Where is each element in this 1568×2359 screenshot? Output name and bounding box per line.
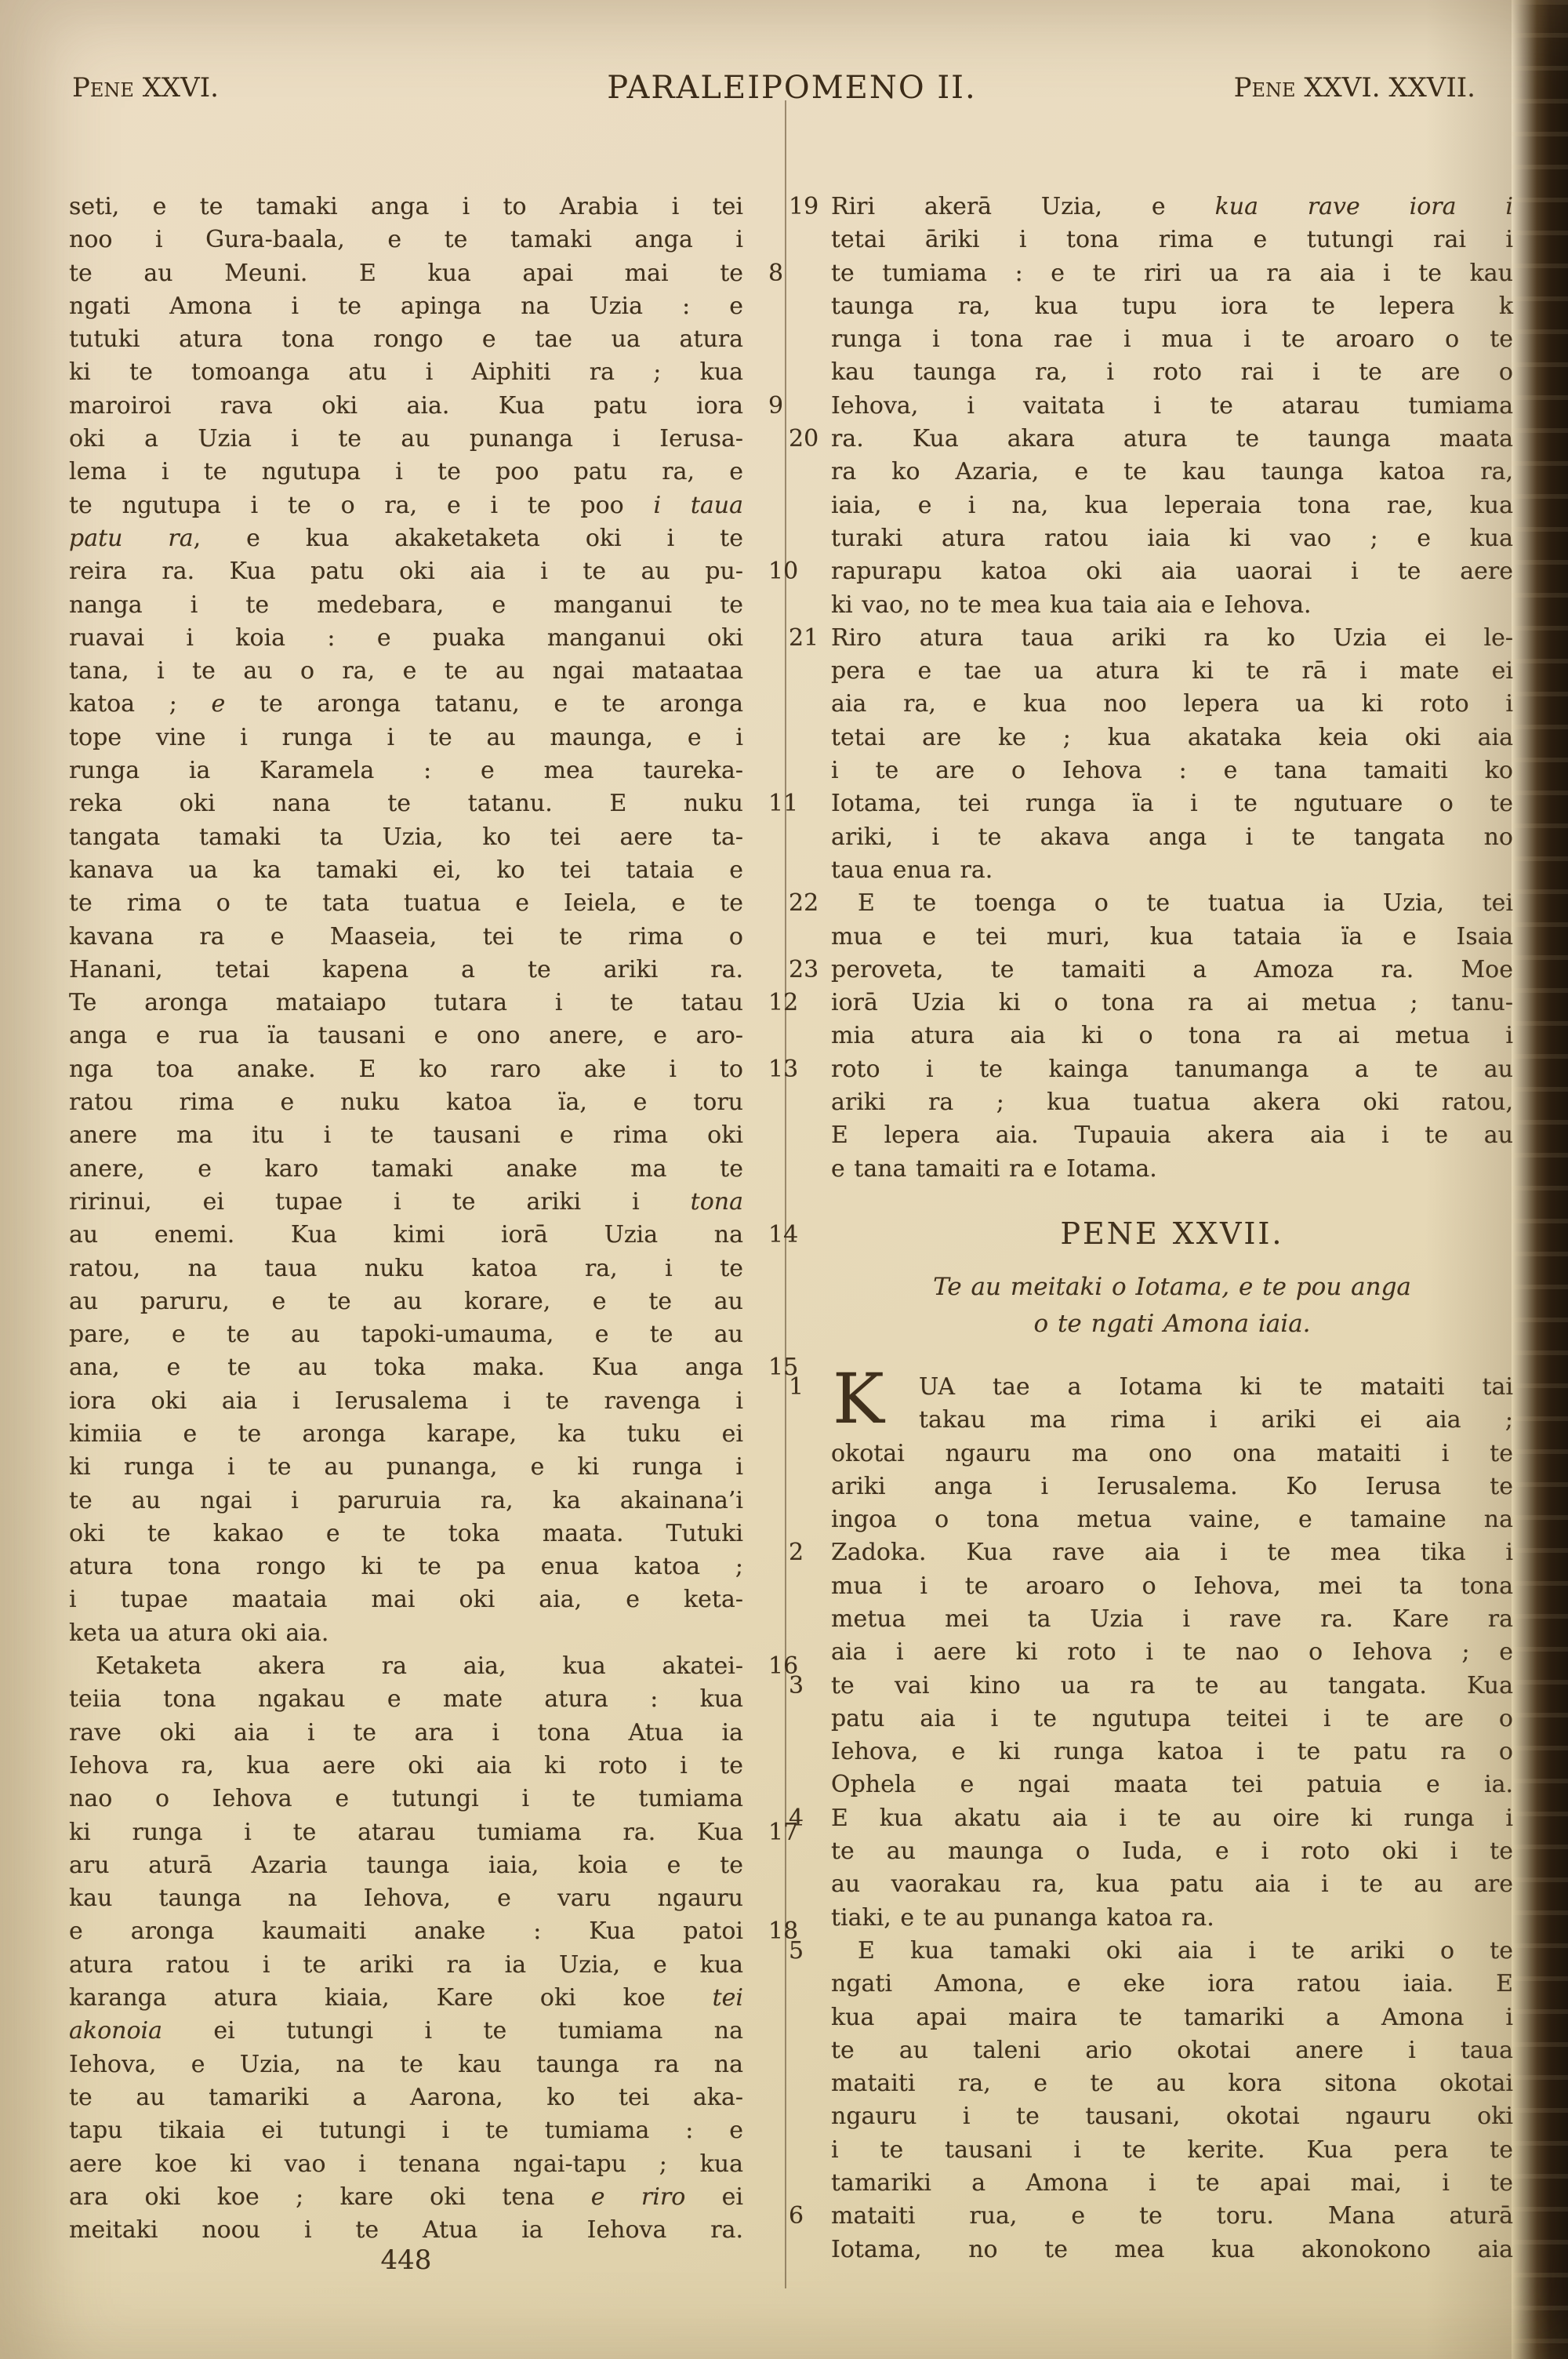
text-line: nanga i te medebara, e manganui te [69, 589, 743, 622]
text-line: tiaki, e te au punanga katoa ra. [831, 1902, 1513, 1935]
text-line: tope vine i runga i te au maunga, e i [69, 722, 743, 754]
body-text: kau taunga na Iehova, e varu ngauru [69, 1885, 743, 1912]
body-text: te au Meuni. E kua apai mai te [69, 260, 743, 287]
text-line: oki a Uzia i te au punanga i Ierusa- [69, 423, 743, 456]
body-text: atura ratou i te ariki ra ia Uzia, e kua [69, 1951, 743, 1979]
body-text: ririnui, ei tupae i te ariki i [69, 1188, 691, 1216]
verse-number: 3 [789, 1670, 820, 1703]
body-text: anere ma itu i te tausani e rima oki [69, 1121, 743, 1149]
text-line: nga toa anake. E ko raro ake i to13 [69, 1053, 743, 1086]
text-line: roto i te kainga tanumanga a te au [831, 1053, 1513, 1086]
body-text: ki te tomoanga atu i Aiphiti ra ; kua [69, 358, 743, 386]
body-text: pare, e te au tapoki-umauma, e te au [69, 1321, 743, 1348]
body-text: patu aia i te ngutupa teitei i te are o [831, 1705, 1513, 1732]
body-text: maroiroi rava oki aia. Kua patu iora [69, 392, 743, 420]
body-text: ratou, na taua nuku katoa ra, i te [69, 1255, 743, 1282]
body-text: runga i tona rae i mua i te aroaro o te [831, 325, 1513, 353]
text-line: pera e tae ua atura ki te rā i mate ei [831, 655, 1513, 688]
verse-number: 4 [789, 1802, 820, 1835]
body-text: Riro atura taua ariki ra ko Uzia ei le- [831, 624, 1513, 652]
body-text: au enemi. Kua kimi iorā Uzia na [69, 1221, 743, 1249]
body-text: ara oki koe ; kare oki tena [69, 2183, 591, 2211]
text-line: mua i te aroaro o Iehova, mei ta tona [831, 1570, 1513, 1603]
text-line: i tupae maataia mai oki aia, e keta- [69, 1583, 743, 1616]
text-line: te au tamariki a Aarona, ko tei aka- [69, 2081, 743, 2114]
text-line: karanga atura kiaia, Kare oki koe tei [69, 1982, 743, 2015]
verse-number: 11 [768, 787, 800, 820]
verse-number: 2 [789, 1536, 820, 1569]
body-text: tetai āriki i tona rima e tutungi rai i [831, 226, 1513, 253]
body-text: ngati Amona, e eke iora ratou iaia. E [831, 1970, 1513, 1997]
text-line: Hanani, tetai kapena a te ariki ra. [69, 954, 743, 987]
body-text: aia ra, e kua noo lepera ua ki roto i [831, 690, 1513, 718]
body-text: roto i te kainga tanumanga a te au [831, 1056, 1513, 1083]
text-line: tamariki a Amona i te apai mai, i te [831, 2167, 1513, 2200]
body-text: ariki anga i Ierusalema. Ko Ierusa te [831, 1473, 1513, 1500]
text-column-left: seti, e te tamaki anga i to Arabia i tei… [69, 191, 743, 2247]
text-line: Riro atura taua ariki ra ko Uzia ei le-2… [831, 622, 1513, 655]
verse-number: 5 [789, 1935, 820, 1968]
body-text: iorā Uzia ki o tona ra ai metua ; tanu- [831, 989, 1513, 1016]
body-text: Ophela e ngai maata tei patuia e ia. [831, 1771, 1513, 1798]
verse-number: 6 [789, 2200, 820, 2233]
page-curve-shadow [1425, 0, 1512, 2359]
text-line: E lepera aia. Tupauia akera aia i te au [831, 1119, 1513, 1152]
text-line: nao o Iehova e tutungi i te tumiama [69, 1783, 743, 1816]
body-text: Iotama, tei runga ïa i te ngutuare o te [831, 790, 1513, 817]
text-line: runga ia Karamela : e mea taureka- [69, 754, 743, 787]
chapter-summary-line: o te ngati Amona iaia. [831, 1306, 1513, 1343]
body-text: te vai kino ua ra te au tangata. Kua [831, 1672, 1513, 1699]
text-line: E kua akatu aia i te au oire ki runga i4 [831, 1802, 1513, 1835]
chapter-summary-line: Te au meitaki o Iotama, e te pou anga [831, 1269, 1513, 1306]
italic-text: tona [691, 1188, 743, 1216]
text-line: oki te kakao e te toka maata. Tutuki [69, 1518, 743, 1550]
body-text: te au maunga o Iuda, e i roto oki i te [831, 1837, 1513, 1865]
text-line: kau taunga na Iehova, e varu ngauru [69, 1882, 743, 1915]
body-text: i te tausani i te kerite. Kua pera te [831, 2136, 1513, 2164]
body-text: nao o Iehova e tutungi i te tumiama [69, 1785, 743, 1812]
verse-number: 21 [789, 622, 820, 655]
body-text: te aronga tatanu, e te aronga [225, 690, 743, 718]
text-line: au vaorakau ra, kua patu aia i te au are [831, 1868, 1513, 1901]
body-text: Zadoka. Kua rave aia i te mea tika i [831, 1539, 1513, 1566]
body-text: mataiti ra, e te au kora sitona okotai [831, 2070, 1513, 2097]
text-line: iorā Uzia ki o tona ra ai metua ; tanu- [831, 987, 1513, 1020]
body-text: takau ma rima i ariki ei aia ; [919, 1406, 1513, 1434]
body-text: reka oki nana te tatanu. E nuku [69, 790, 743, 817]
text-line: teiia tona ngakau e mate atura : kua [69, 1683, 743, 1716]
body-text: aru aturā Azaria taunga iaia, koia e te [69, 1852, 743, 1879]
text-line: kavana ra e Maaseia, tei te rima o [69, 921, 743, 954]
text-line: e aronga kaumaiti anake : Kua patoi18 [69, 1915, 743, 1948]
body-text: karanga atura kiaia, Kare oki koe [69, 1984, 713, 2012]
text-line: kimiia e te aronga karape, ka tuku ei [69, 1418, 743, 1451]
text-line: lema i te ngutupa i te poo patu ra, e [69, 456, 743, 489]
body-text: pera e tae ua atura ki te rā i mate ei [831, 657, 1513, 685]
body-text: peroveta, te tamaiti a Amoza ra. Moe [831, 956, 1513, 983]
body-text: i te are o Iehova : e tana tamaiti ko [831, 757, 1513, 784]
body-text: aia i aere ki roto i te nao o Iehova ; e [831, 1638, 1513, 1666]
verse-number: 22 [789, 887, 820, 920]
text-line: kanava ua ka tamaki ei, ko tei tataia e [69, 854, 743, 887]
body-text: tetai are ke ; kua akataka keia oki aia [831, 724, 1513, 751]
body-text: ariki ra ; kua tuatua akera oki ratou, [831, 1089, 1513, 1116]
body-text: , e kua akaketaketa oki i te [194, 525, 743, 552]
body-text: te rima o te tata tuatua e Ieiela, e te [69, 889, 743, 917]
body-text: Ketaketa akera ra aia, kua akatei- [96, 1652, 743, 1680]
body-text: taua enua ra. [831, 856, 993, 884]
text-line: katoa ; e te aronga tatanu, e te aronga [69, 688, 743, 721]
text-line: aere koe ki vao i tenana ngai-tapu ; kua [69, 2148, 743, 2181]
text-line: Ketaketa akera ra aia, kua akatei-16 [69, 1650, 743, 1683]
body-text: te au taleni ario okotai anere i taua [831, 2037, 1513, 2064]
text-line: ki vao, no te mea kua taia aia e Iehova. [831, 589, 1513, 622]
body-text: mataiti rua, e te toru. Mana aturā [831, 2202, 1513, 2230]
body-text: runga ia Karamela : e mea taureka- [69, 757, 743, 784]
body-text: kavana ra e Maaseia, tei te rima o [69, 923, 743, 951]
text-line: ki te tomoanga atu i Aiphiti ra ; kua [69, 356, 743, 389]
text-line: keta ua atura oki aia. [69, 1617, 743, 1650]
body-text: E kua akatu aia i te au oire ki runga i [831, 1805, 1513, 1832]
text-column-right: Riri akerā Uzia, e kua rave iora i19teta… [831, 191, 1513, 2266]
page-number: 448 [69, 2245, 743, 2276]
body-text: Iehova, e ki runga katoa i te patu ra o [831, 1738, 1513, 1765]
text-line: Ophela e ngai maata tei patuia e ia. [831, 1768, 1513, 1801]
text-line: rave oki aia i te ara i tona Atua ia [69, 1717, 743, 1750]
text-line: ana, e te au toka maka. Kua anga15 [69, 1351, 743, 1384]
text-line: ariki anga i Ierusalema. Ko Ierusa te [831, 1470, 1513, 1503]
body-text: Iotama, no te mea kua akonokono aia [831, 2236, 1513, 2263]
text-line: Iehova, i vaitata i te atarau tumiama [831, 390, 1513, 423]
body-text: ngati Amona i te apinga na Uzia : e [69, 293, 743, 320]
text-line: patu aia i te ngutupa teitei i te are o [831, 1703, 1513, 1736]
text-line: rapurapu katoa oki aia uaorai i te aere [831, 555, 1513, 588]
body-text: te au tamariki a Aarona, ko tei aka- [69, 2084, 743, 2111]
text-line: reka oki nana te tatanu. E nuku11 [69, 787, 743, 820]
body-text: kanava ua ka tamaki ei, ko tei tataia e [69, 856, 743, 884]
body-text: tana, i te au o ra, e te au ngai mataata… [69, 657, 743, 685]
body-text: ra ko Azaria, e te kau taunga katoa ra, [831, 458, 1513, 485]
body-text: ruavai i koia : e puaka manganui oki [69, 624, 743, 652]
text-line: te rima o te tata tuatua e Ieiela, e te [69, 887, 743, 920]
text-line: E te toenga o te tuatua ia Uzia, tei22 [831, 887, 1513, 920]
text-line: tapu tikaia ei tutungi i te tumiama : e [69, 2114, 743, 2147]
text-line: aia ra, e kua noo lepera ua ki roto i [831, 688, 1513, 721]
body-text: UA tae a Iotama ki te mataiti tai [919, 1373, 1513, 1401]
text-line: ngati Amona, e eke iora ratou iaia. E [831, 1968, 1513, 2001]
text-line: tana, i te au o ra, e te au ngai mataata… [69, 655, 743, 688]
text-line: Te aronga mataiapo tutara i te tatau12 [69, 987, 743, 1020]
body-text: oki a Uzia i te au punanga i Ierusa- [69, 425, 743, 453]
body-text: tangata tamaki ta Uzia, ko tei aere ta- [69, 823, 743, 851]
body-text: mia atura aia ki o tona ra ai metua i [831, 1022, 1513, 1049]
text-line: anere ma itu i te tausani e rima oki [69, 1119, 743, 1152]
text-line: akonoia ei tutungi i te tumiama na [69, 2015, 743, 2048]
verse-number: 1 [789, 1371, 820, 1404]
body-text: ana, e te au toka maka. Kua anga [69, 1354, 743, 1381]
verse-number: 12 [768, 987, 800, 1020]
body-text: keta ua atura oki aia. [69, 1619, 328, 1647]
text-line: tetai are ke ; kua akataka keia oki aia [831, 722, 1513, 754]
column-divider-rule [785, 100, 786, 2288]
text-line: UA tae a Iotama ki te mataiti taiK1 [831, 1371, 1513, 1404]
body-text: anere, e karo tamaki anake ma te [69, 1155, 743, 1183]
body-text: Te aronga mataiapo tutara i te tatau [69, 989, 743, 1016]
verse-number: 9 [768, 390, 800, 423]
text-line: ki runga i te atarau tumiama ra. Kua17 [69, 1816, 743, 1849]
body-text: E kua tamaki oki aia i te ariki o te [858, 1937, 1513, 1965]
text-line: runga i tona rae i mua i te aroaro o te [831, 323, 1513, 356]
text-line: ra ko Azaria, e te kau taunga katoa ra, [831, 456, 1513, 489]
body-text: E te toenga o te tuatua ia Uzia, tei [858, 889, 1513, 917]
text-line: peroveta, te tamaiti a Amoza ra. Moe23 [831, 954, 1513, 987]
italic-text: e riro [591, 2183, 685, 2211]
body-text: Iehova ra, kua aere oki aia ki roto i te [69, 1752, 743, 1779]
text-line: Iotama, no te mea kua akonokono aia [831, 2234, 1513, 2266]
body-text: te tumiama : e te riri ua ra aia i te ka… [831, 260, 1513, 287]
body-text: turaki atura ratou iaia ki vao ; e kua [831, 525, 1513, 552]
text-line: tutuki atura tona rongo e tae ua atura [69, 323, 743, 356]
body-text: kimiia e te aronga karape, ka tuku ei [69, 1420, 743, 1448]
text-line: aru aturā Azaria taunga iaia, koia e te [69, 1849, 743, 1882]
text-line: ratou, na taua nuku katoa ra, i te [69, 1252, 743, 1285]
text-line: ririnui, ei tupae i te ariki i tona [69, 1186, 743, 1219]
text-line: aia i aere ki roto i te nao o Iehova ; e [831, 1636, 1513, 1669]
body-text: rapurapu katoa oki aia uaorai i te aere [831, 558, 1513, 585]
body-text: aere koe ki vao i tenana ngai-tapu ; kua [69, 2150, 743, 2178]
text-line: mia atura aia ki o tona ra ai metua i [831, 1020, 1513, 1052]
text-line: te tumiama : e te riri ua ra aia i te ka… [831, 257, 1513, 290]
body-text: noo i Gura-baala, e te tamaki anga i [69, 226, 743, 253]
body-text: iaia, e i na, kua leperaia tona rae, kua [831, 492, 1513, 519]
body-text: Iehova, e Uzia, na te kau taunga ra na [69, 2051, 743, 2078]
italic-text: i taua [654, 492, 744, 519]
chapter-heading: PENE XXVII. [831, 1216, 1513, 1252]
body-text: Hanani, tetai kapena a te ariki ra. [69, 956, 743, 983]
text-line: mataiti rua, e te toru. Mana aturā6 [831, 2200, 1513, 2233]
body-text: kau taunga ra, i roto rai i te are o [831, 358, 1513, 386]
body-text: kua apai maira te tamariki a Amona i [831, 2004, 1513, 2031]
text-line: seti, e te tamaki anga i to Arabia i tei [69, 191, 743, 224]
text-line: taua enua ra. [831, 854, 1513, 887]
text-line: ariki ra ; kua tuatua akera oki ratou, [831, 1086, 1513, 1119]
text-line: takau ma rima i ariki ei aia ; [831, 1404, 1513, 1437]
text-line: iaia, e i na, kua leperaia tona rae, kua [831, 489, 1513, 522]
text-line: Riri akerā Uzia, e kua rave iora i19 [831, 191, 1513, 224]
body-text: ratou rima e nuku katoa ïa, e toru [69, 1089, 743, 1116]
body-text: Iehova, i vaitata i te atarau tumiama [831, 392, 1513, 420]
text-line: ngati Amona i te apinga na Uzia : e [69, 290, 743, 323]
text-line: ngauru i te tausani, okotai ngauru oki [831, 2100, 1513, 2133]
text-line: Zadoka. Kua rave aia i te mea tika i2 [831, 1536, 1513, 1569]
text-line: atura tona rongo ki te pa enua katoa ; [69, 1550, 743, 1583]
verse-number: 14 [768, 1219, 800, 1252]
text-line: te ngutupa i te o ra, e i te poo i taua [69, 489, 743, 522]
body-text: i tupae maataia mai oki aia, e keta- [69, 1586, 743, 1613]
text-line: noo i Gura-baala, e te tamaki anga i [69, 224, 743, 256]
text-line: te au Meuni. E kua apai mai te8 [69, 257, 743, 290]
text-line: te au ngai i paruruia ra, ka akainana’i [69, 1485, 743, 1518]
text-line: atura ratou i te ariki ra ia Uzia, e kua [69, 1949, 743, 1982]
text-line: anga e rua ïa tausani e ono anere, e aro… [69, 1020, 743, 1052]
body-text: te au ngai i paruruia ra, ka akainana’i [69, 1487, 743, 1514]
text-line: okotai ngauru ma ono ona mataiti i te [831, 1438, 1513, 1470]
text-line: taunga ra, kua tupu iora te lepera k [831, 290, 1513, 323]
book-page: Pene XXVI. PARALEIPOMENO II. Pene XXVI. … [0, 0, 1568, 2359]
text-line: i te are o Iehova : e tana tamaiti ko [831, 754, 1513, 787]
book-edge-dark-band [1512, 0, 1568, 2359]
body-text: ki runga i te au punanga, e ki runga i [69, 1453, 743, 1481]
text-line: Iotama, tei runga ïa i te ngutuare o te [831, 787, 1513, 820]
body-text: taunga ra, kua tupu iora te lepera k [831, 293, 1513, 320]
text-line: ra. Kua akara atura te taunga maata20 [831, 423, 1513, 456]
verse-number: 20 [789, 423, 820, 456]
text-line: maroiroi rava oki aia. Kua patu iora9 [69, 390, 743, 423]
text-line: Iehova ra, kua aere oki aia ki roto i te [69, 1750, 743, 1783]
text-line: tetai āriki i tona rima e tutungi rai i [831, 224, 1513, 256]
text-line: anere, e karo tamaki anake ma te [69, 1153, 743, 1186]
body-text: meitaki noou i te Atua ia Iehova ra. [69, 2216, 743, 2244]
text-line: mataiti ra, e te au kora sitona okotai [831, 2067, 1513, 2100]
body-text: ingoa o tona metua vaine, e tamaine na [831, 1506, 1513, 1533]
text-line: ratou rima e nuku katoa ïa, e toru [69, 1086, 743, 1119]
text-line: Iehova, e Uzia, na te kau taunga ra na [69, 2048, 743, 2081]
text-line: au enemi. Kua kimi iorā Uzia na14 [69, 1219, 743, 1252]
text-line: kau taunga ra, i roto rai i te are o [831, 356, 1513, 389]
text-line: ingoa o tona metua vaine, e tamaine na [831, 1503, 1513, 1536]
body-text: au vaorakau ra, kua patu aia i te au are [831, 1870, 1513, 1898]
text-line: patu ra, e kua akaketaketa oki i te [69, 522, 743, 555]
running-head-left: Pene XXVI. [72, 71, 219, 105]
text-line: iora oki aia i Ierusalema i te ravenga i [69, 1385, 743, 1418]
body-text: mua i te aroaro o Iehova, mei ta tona [831, 1572, 1513, 1600]
body-text: tiaki, e te au punanga katoa ra. [831, 1904, 1214, 1932]
verse-number: 13 [768, 1053, 800, 1086]
body-text: Riri akerā Uzia, e [831, 193, 1215, 220]
body-text: nga toa anake. E ko raro ake i to [69, 1056, 743, 1083]
text-line: meitaki noou i te Atua ia Iehova ra. [69, 2214, 743, 2247]
text-line: reira ra. Kua patu oki aia i te au pu-10 [69, 555, 743, 588]
text-line: mua e tei muri, kua tataia ïa e Isaia [831, 921, 1513, 954]
body-text: E lepera aia. Tupauia akera aia i te au [831, 1121, 1513, 1149]
body-text: anga e rua ïa tausani e ono anere, e aro… [69, 1022, 743, 1049]
italic-text: akonoia [69, 2017, 162, 2045]
text-line: turaki atura ratou iaia ki vao ; e kua [831, 522, 1513, 555]
verse-number: 23 [789, 954, 820, 987]
body-text: rave oki aia i te ara i tona Atua ia [69, 1719, 743, 1747]
italic-text: tei [713, 1984, 743, 2012]
verse-number: 19 [789, 191, 820, 224]
text-line: kua apai maira te tamariki a Amona i [831, 2001, 1513, 2034]
body-text: atura tona rongo ki te pa enua katoa ; [69, 1553, 743, 1580]
body-text: seti, e te tamaki anga i to Arabia i tei [69, 193, 743, 220]
body-text: mua e tei muri, kua tataia ïa e Isaia [831, 923, 1513, 951]
body-text: tamariki a Amona i te apai mai, i te [831, 2169, 1513, 2197]
body-text: nanga i te medebara, e manganui te [69, 591, 743, 619]
body-text: ki vao, no te mea kua taia aia e Iehova. [831, 591, 1312, 619]
text-line: E kua tamaki oki aia i te ariki o te5 [831, 1935, 1513, 1968]
text-line: e tana tamaiti ra e Iotama. [831, 1153, 1513, 1186]
text-line: metua mei ta Uzia i rave ra. Kare ra [831, 1603, 1513, 1636]
italic-text: e [211, 690, 225, 718]
body-text: iora oki aia i Ierusalema i te ravenga i [69, 1387, 743, 1415]
verse-number: 10 [768, 555, 800, 588]
body-text: e aronga kaumaiti anake : Kua patoi [69, 1917, 743, 1945]
body-text: te ngutupa i te o ra, e i te poo [69, 492, 654, 519]
text-line: pare, e te au tapoki-umauma, e te au [69, 1318, 743, 1351]
body-text: teiia tona ngakau e mate atura : kua [69, 1685, 743, 1713]
body-text: oki te kakao e te toka maata. Tutuki [69, 1520, 743, 1547]
body-text: tope vine i runga i te au maunga, e i [69, 724, 743, 751]
body-text: ei [685, 2183, 743, 2211]
text-line: ki runga i te au punanga, e ki runga i [69, 1451, 743, 1484]
body-text: ei tutungi i te tumiama na [162, 2017, 743, 2045]
text-line: te au taleni ario okotai anere i taua [831, 2034, 1513, 2067]
text-line: au paruru, e te au korare, e te au [69, 1285, 743, 1318]
body-text: katoa ; [69, 690, 211, 718]
body-text: ariki, i te akava anga i te tangata no [831, 823, 1513, 851]
text-line: ara oki koe ; kare oki tena e riro ei [69, 2181, 743, 2214]
text-line: i te tausani i te kerite. Kua pera te [831, 2134, 1513, 2167]
body-text: okotai ngauru ma ono ona mataiti i te [831, 1440, 1513, 1467]
body-text: ra. Kua akara atura te taunga maata [831, 425, 1513, 453]
body-text: e tana tamaiti ra e Iotama. [831, 1155, 1157, 1183]
body-text: ngauru i te tausani, okotai ngauru oki [831, 2103, 1513, 2130]
verse-number: 8 [768, 257, 800, 290]
italic-text: patu ra [69, 525, 194, 552]
body-text: lema i te ngutupa i te poo patu ra, e [69, 458, 743, 485]
text-line: ariki, i te akava anga i te tangata no [831, 821, 1513, 854]
body-text: metua mei ta Uzia i rave ra. Kare ra [831, 1605, 1513, 1633]
text-line: te au maunga o Iuda, e i roto oki i te [831, 1835, 1513, 1868]
text-line: Iehova, e ki runga katoa i te patu ra o [831, 1736, 1513, 1768]
body-text: au paruru, e te au korare, e te au [69, 1288, 743, 1315]
book-title-header: PARALEIPOMENO II. [439, 71, 1145, 105]
text-line: ruavai i koia : e puaka manganui oki [69, 622, 743, 655]
body-text: ki runga i te atarau tumiama ra. Kua [69, 1819, 743, 1846]
body-text: tutuki atura tona rongo e tae ua atura [69, 325, 743, 353]
body-text: reira ra. Kua patu oki aia i te au pu- [69, 558, 743, 585]
body-text: tapu tikaia ei tutungi i te tumiama : e [69, 2117, 743, 2144]
text-line: tangata tamaki ta Uzia, ko tei aere ta- [69, 821, 743, 854]
text-line: te vai kino ua ra te au tangata. Kua3 [831, 1670, 1513, 1703]
